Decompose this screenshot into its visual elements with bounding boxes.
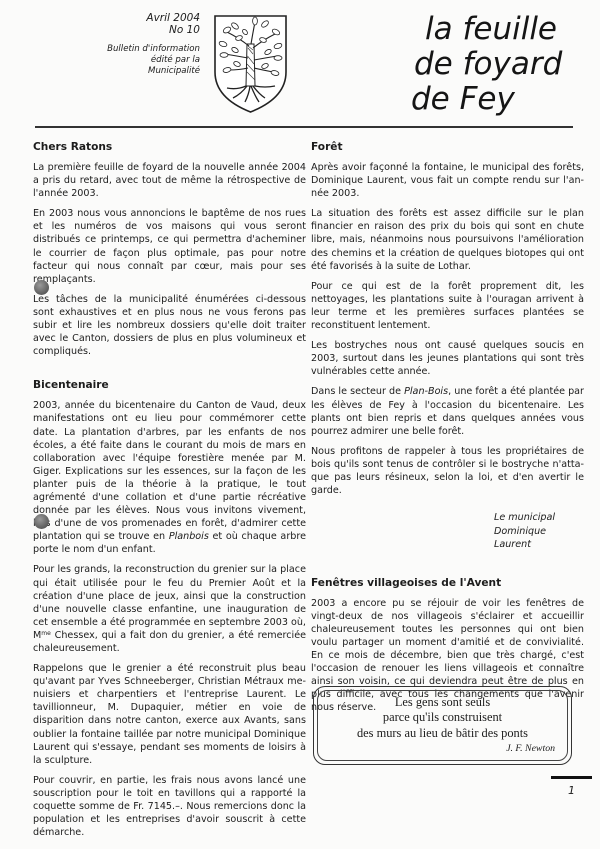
paragraph: Après avoir façonné la fontaine, le muni… (311, 161, 584, 200)
title-line1: la feuille (405, 12, 585, 47)
section-chers-ratons: Chers Ratons La première feuille de foya… (33, 141, 306, 358)
coat-of-arms-tree-icon (213, 14, 288, 114)
paragraph: En 2003 nous vous annoncions le baptême … (33, 207, 306, 286)
masthead-meta: Avril 2004 No 10 Bulletin d'information … (100, 12, 200, 77)
newsletter-page: Avril 2004 No 10 Bulletin d'information … (0, 0, 600, 849)
title-line3: de Fey (405, 82, 585, 117)
page-number: 1 (568, 784, 575, 797)
section-heading: Forêt (311, 141, 584, 154)
newsletter-title: la feuille de foyard de Fey (405, 12, 585, 117)
paragraph: 2003, année du bicentenaire du Canton de… (33, 399, 306, 556)
subtitle-line2: édité par la Municipalité (100, 55, 200, 77)
paragraph: Pour les grands, la reconstruction du gr… (33, 563, 306, 655)
signature: Le municipal Dominique Laurent (494, 511, 584, 552)
issue-number: No 10 (100, 24, 200, 36)
paragraph: Les bostryches nous ont causé quelques s… (311, 339, 584, 378)
paragraph: Rappelons que le grenier a été reconstru… (33, 662, 306, 767)
quote-box: Les gens sont seuls parce qu'ils constru… (313, 686, 572, 765)
paragraph: Nous profitons de rappeler à tous les pr… (311, 445, 584, 497)
section-heading: Chers Ratons (33, 141, 306, 154)
section-bicentenaire: Bicentenaire 2003, année du bicentenaire… (33, 379, 306, 839)
section-heading: Fenêtres villageoises de l'Avent (311, 577, 584, 590)
paragraph: Les tâches de la municipalité énumérées … (33, 293, 306, 358)
punch-hole (34, 280, 49, 295)
left-column: Chers Ratons La première feuille de foya… (33, 141, 306, 846)
page-number-bar (551, 776, 592, 779)
paragraph: Pour ce qui est de la forêt proprement d… (311, 280, 584, 332)
paragraph: La situation des forêts est assez diffic… (311, 207, 584, 272)
paragraph: La première feuille de foyard de la nouv… (33, 161, 306, 200)
quote-text: Les gens sont seuls parce qu'ils constru… (314, 695, 571, 741)
punch-hole (34, 514, 49, 529)
header-divider (35, 126, 573, 128)
paragraph: Dans le secteur de Plan-Bois, une forêt … (311, 385, 584, 437)
place-name: Planbois (169, 531, 209, 542)
place-name: Plan-Bois (404, 386, 448, 397)
title-line2: de foyard (405, 47, 585, 82)
paragraph: Pour couvrir, en partie, les frais nous … (33, 774, 306, 839)
subtitle-line1: Bulletin d'information (100, 44, 200, 55)
section-foret: Forêt Après avoir façonné la fontaine, l… (311, 141, 584, 552)
right-column: Forêt Après avoir façonné la fontaine, l… (311, 141, 584, 722)
section-heading: Bicentenaire (33, 379, 306, 392)
quote-author: J. F. Newton (506, 743, 555, 754)
issue-date: Avril 2004 (100, 12, 200, 24)
